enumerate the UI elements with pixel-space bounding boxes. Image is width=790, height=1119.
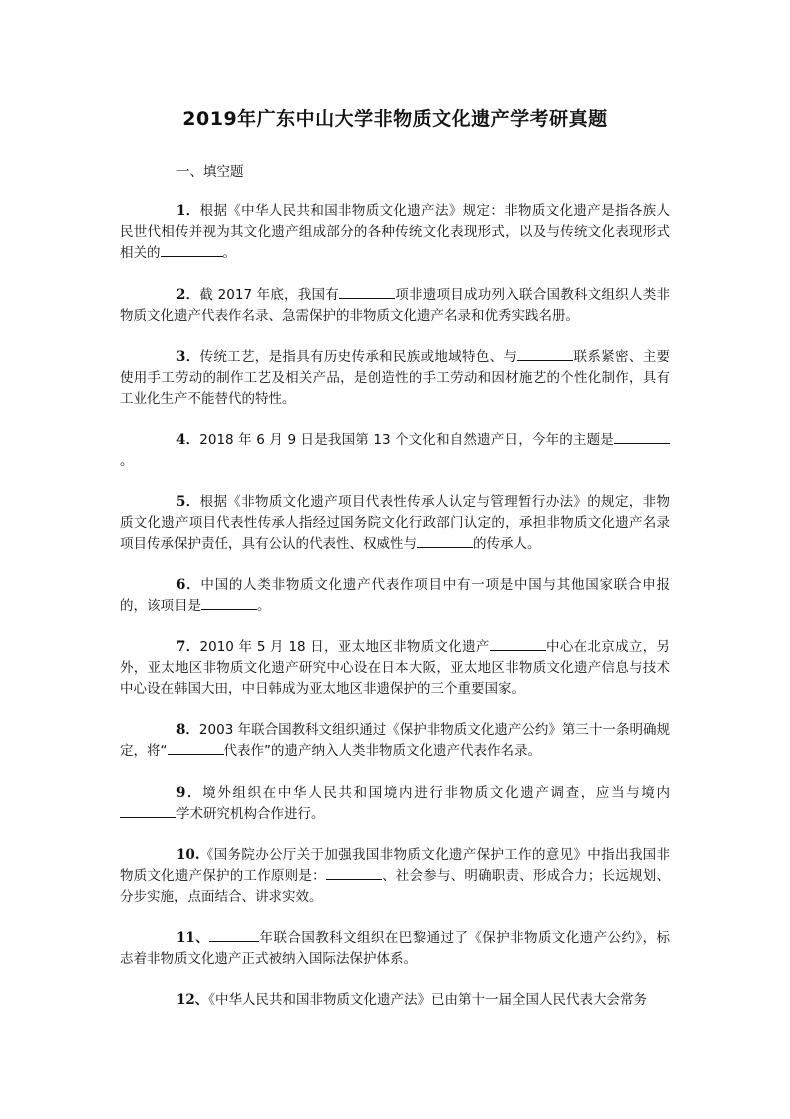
question-11: 11、年联合国教科文组织在巴黎通过了《保护非物质文化遗产公约》，标志着非物质文化… (120, 928, 670, 970)
question-number: 7． (176, 639, 200, 655)
document-title: 2019年广东中山大学非物质文化遗产学考研真题 (0, 104, 790, 131)
answer-blank (120, 805, 176, 818)
question-number: 9． (176, 785, 202, 801)
answer-blank (326, 867, 382, 880)
answer-blank (490, 638, 546, 651)
question-number: 4． (176, 432, 199, 448)
question-text: 根据《非物质文化遗产项目代表性传承人认定与管理暂行办法》的规定，非物质文化遗产项… (120, 494, 670, 552)
question-text: 境外组织在中华人民共和国境内进行非物质文化遗产调查，应当与境内 (202, 785, 670, 801)
question-5: 5．根据《非物质文化遗产项目代表性传承人认定与管理暂行办法》的规定，非物质文化遗… (120, 492, 670, 555)
question-number: 10. (176, 847, 200, 863)
question-number: 3． (176, 349, 200, 365)
question-text: 的传承人。 (473, 536, 541, 552)
answer-blank (614, 431, 670, 444)
question-text: 学术研究机构合作进行。 (176, 806, 325, 822)
question-text: 。 (257, 598, 271, 614)
answer-blank (417, 535, 473, 548)
question-text: 2018 年 6 月 9 日是我国第 13 个文化和自然遗产日，今年的主题是 (199, 432, 614, 448)
question-10: 10.《国务院办公厅关于加强我国非物质文化遗产保护工作的意见》中指出我国非物质文… (120, 845, 670, 908)
question-number: 12、 (176, 992, 208, 1008)
question-number: 6． (176, 577, 200, 593)
answer-blank (201, 597, 257, 610)
question-number: 2． (176, 287, 199, 303)
answer-blank (161, 244, 223, 257)
question-8: 8．2003 年联合国教科文组织通过《保护非物质文化遗产公约》第三十一条明确规定… (120, 720, 670, 762)
document-page: 2019年广东中山大学非物质文化遗产学考研真题 一、填空题 1．根据《中华人民共… (0, 0, 790, 1119)
answer-blank (517, 348, 573, 361)
question-6: 6．中国的人类非物质文化遗产代表作项目中有一项是中国与其他国家联合申报的，该项目… (120, 575, 670, 617)
question-number: 11、 (176, 930, 209, 946)
answer-blank (339, 286, 395, 299)
answer-blank (209, 929, 259, 942)
answer-blank (168, 742, 224, 755)
question-number: 8． (176, 722, 199, 738)
question-text: 代表作”的遗产纳入人类非物质文化遗产代表作名录。 (224, 743, 542, 759)
question-text: 。 (120, 453, 134, 469)
question-number: 5． (176, 494, 200, 510)
question-number: 1． (176, 203, 200, 219)
question-2: 2．截 2017 年底，我国有项非遗项目成功列入联合国教科文组织人类非物质文化遗… (120, 285, 670, 327)
question-text: 。 (223, 245, 237, 261)
question-7: 7．2010 年 5 月 18 日，亚太地区非物质文化遗产中心在北京成立，另外，… (120, 637, 670, 700)
question-4: 4．2018 年 6 月 9 日是我国第 13 个文化和自然遗产日，今年的主题是… (120, 430, 670, 472)
section-heading: 一、填空题 (176, 160, 244, 180)
question-text: 2010 年 5 月 18 日，亚太地区非物质文化遗产 (200, 639, 490, 655)
question-3: 3．传统工艺，是指具有历史传承和民族或地域特色、与联系紧密、主要使用手工劳动的制… (120, 347, 670, 410)
question-text: 《中华人民共和国非物质文化遗产法》已由第十一届全国人民代表大会常务 (208, 992, 647, 1008)
question-9: 9．境外组织在中华人民共和国境内进行非物质文化遗产调查，应当与境内学术研究机构合… (120, 783, 670, 825)
question-text: 传统工艺，是指具有历史传承和民族或地域特色、与 (200, 349, 518, 365)
question-1: 1．根据《中华人民共和国非物质文化遗产法》规定：非物质文化遗产是指各族人民世代相… (120, 201, 670, 264)
question-text: 截 2017 年底，我国有 (199, 287, 339, 303)
question-12: 12、《中华人民共和国非物质文化遗产法》已由第十一届全国人民代表大会常务 (120, 990, 670, 1011)
